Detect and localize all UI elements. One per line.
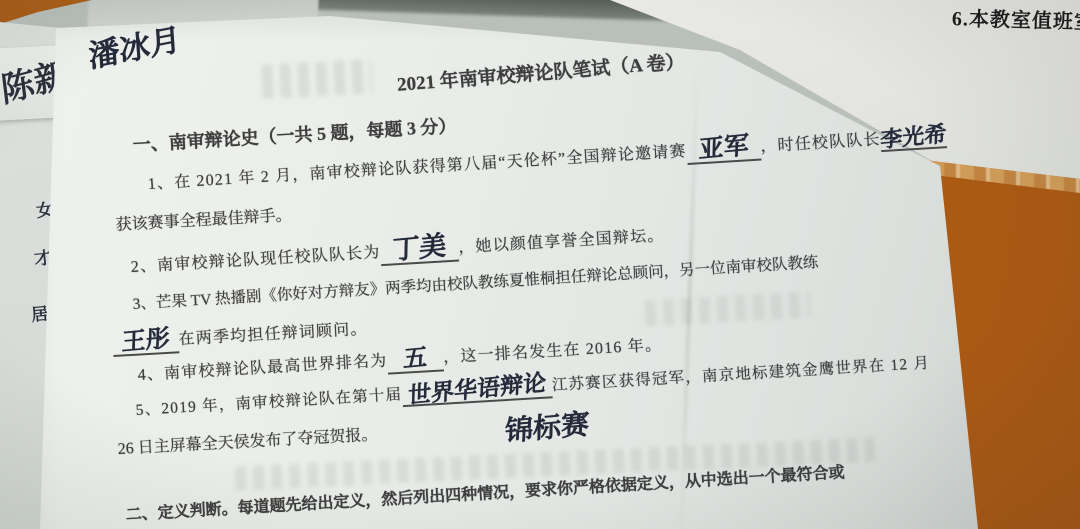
q1-blank1: 亚军: [686, 134, 762, 165]
q3-blank: 王彤: [112, 327, 179, 357]
q1-answer1: 亚军: [698, 133, 749, 163]
wall-sign-text: 6.本教室值班室: [952, 2, 1080, 35]
q5-answer-below: 锦标赛: [504, 413, 589, 445]
q4-blank: 五: [387, 345, 444, 374]
ink-bleed-through: [261, 59, 373, 99]
q3-answer: 王彤: [121, 327, 170, 355]
q1-printed2: ，时任校队队长: [760, 131, 881, 155]
handwritten-vertical-char-3: 居: [30, 299, 50, 326]
q4-answer: 五: [403, 346, 428, 372]
q3-printed2: 在两季均担任辩词顾问。: [178, 321, 368, 349]
q1-blank2: 李光希: [880, 124, 947, 152]
photo-scene: 6.本教室值班室 陈新 女 才 居 潘冰月 2021 年南审校辩论队笔试（A 卷…: [0, 0, 1080, 529]
q2-blank: 丁美: [380, 233, 460, 267]
q1-answer2: 李光希: [880, 123, 947, 151]
q5-answer-below-text: 锦标赛: [504, 411, 589, 446]
q2-answer: 丁美: [392, 232, 447, 264]
